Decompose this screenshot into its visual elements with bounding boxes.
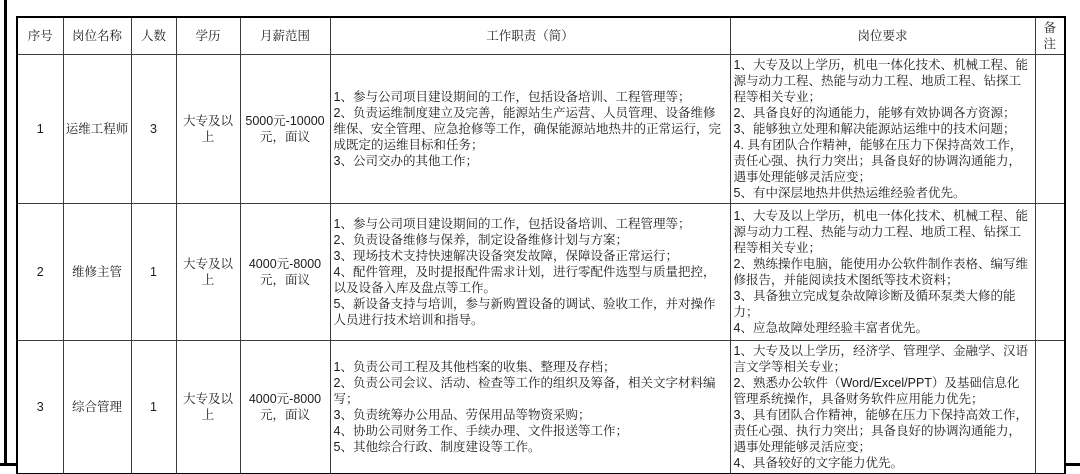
cell-duties: 1、参与公司项目建设期间的工作，包括设备培训、工程管理等； 2、负责运维制度建立… bbox=[330, 55, 730, 204]
cell-no: 3 bbox=[17, 341, 63, 474]
cell-notes bbox=[1035, 341, 1065, 474]
cell-requirements: 1、大专及以上学历，机电一体化技术、机械工程、能源与动力工程、热能与动力工程、地… bbox=[730, 55, 1035, 204]
cell-salary: 4000元-8000元，面议 bbox=[240, 204, 330, 341]
header-no: 序号 bbox=[17, 17, 63, 55]
table-row-2: 2 维修主管 1 大专及以上 4000元-8000元，面议 1、参与公司项目建设… bbox=[17, 204, 1065, 341]
header-headcount: 人数 bbox=[131, 17, 176, 55]
cell-education: 大专及以上 bbox=[176, 341, 240, 474]
cell-position: 维修主管 bbox=[63, 204, 131, 341]
page: 序号 岗位名称 人数 学历 月薪范围 工作职责（简） 岗位要求 备注 1 运维工… bbox=[0, 0, 1080, 474]
cell-headcount: 3 bbox=[131, 55, 176, 204]
cell-no: 2 bbox=[17, 204, 63, 341]
table-row-3: 3 综合管理 1 大专及以上 4000元-8000元，面议 1、负责公司工程及其… bbox=[17, 341, 1065, 474]
cell-duties: 1、参与公司项目建设期间的工作，包括设备培训、工程管理等； 2、负责设备维修与保… bbox=[330, 204, 730, 341]
cell-education: 大专及以上 bbox=[176, 204, 240, 341]
outer-frame-left-border bbox=[4, 0, 7, 464]
cell-headcount: 1 bbox=[131, 341, 176, 474]
header-salary: 月薪范围 bbox=[240, 17, 330, 55]
cell-duties: 1、负责公司工程及其他档案的收集、整理及存档； 2、负责公司会议、活动、检查等工… bbox=[330, 341, 730, 474]
cell-salary: 4000元-8000元，面议 bbox=[240, 341, 330, 474]
cell-no: 1 bbox=[17, 55, 63, 204]
cell-notes bbox=[1035, 55, 1065, 204]
cell-notes bbox=[1035, 204, 1065, 341]
header-requirements: 岗位要求 bbox=[730, 17, 1035, 55]
cell-headcount: 1 bbox=[131, 204, 176, 341]
cell-position: 运维工程师 bbox=[63, 55, 131, 204]
header-duties: 工作职责（简） bbox=[330, 17, 730, 55]
job-postings-table: 序号 岗位名称 人数 学历 月薪范围 工作职责（简） 岗位要求 备注 1 运维工… bbox=[16, 16, 1066, 474]
header-notes: 备注 bbox=[1035, 17, 1065, 55]
cell-requirements: 1、大专及以上学历，机电一体化技术、机械工程、能源与动力工程、热能与动力工程、地… bbox=[730, 204, 1035, 341]
table-row-1: 1 运维工程师 3 大专及以上 5000元-10000元，面议 1、参与公司项目… bbox=[17, 55, 1065, 204]
header-education: 学历 bbox=[176, 17, 240, 55]
cell-position: 综合管理 bbox=[63, 341, 131, 474]
cell-salary: 5000元-10000元，面议 bbox=[240, 55, 330, 204]
cell-requirements: 1、大专及以上学历，经济学、管理学、金融学、汉语言文学等相关专业； 2、熟悉办公… bbox=[730, 341, 1035, 474]
cell-education: 大专及以上 bbox=[176, 55, 240, 204]
table-header-row: 序号 岗位名称 人数 学历 月薪范围 工作职责（简） 岗位要求 备注 bbox=[17, 17, 1065, 55]
header-position: 岗位名称 bbox=[63, 17, 131, 55]
